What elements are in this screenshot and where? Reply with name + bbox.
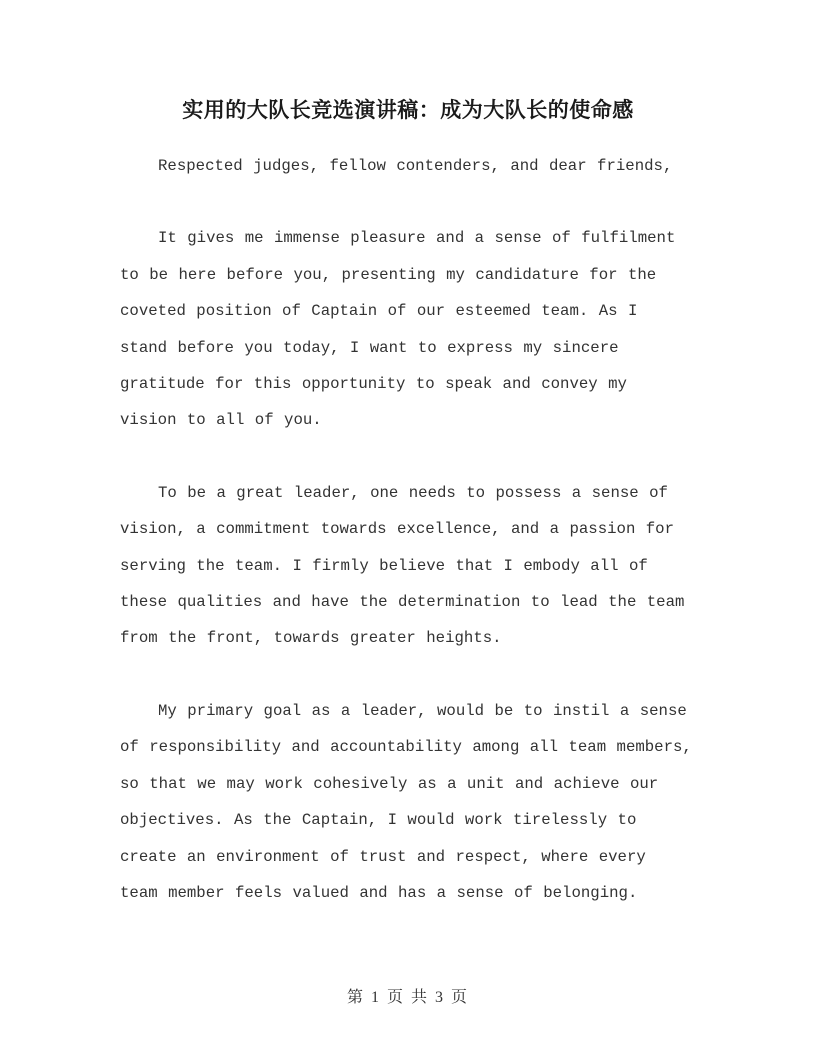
paragraph: To be a great leader, one needs to posse… [120, 475, 692, 657]
document-body: Respected judges, fellow contenders, and… [120, 148, 692, 947]
page-title: 实用的大队长竞选演讲稿：成为大队长的使命感 [0, 94, 816, 124]
page-number-footer: 第 1 页 共 3 页 [0, 984, 816, 1007]
paragraph: It gives me immense pleasure and a sense… [120, 220, 692, 438]
paragraph: My primary goal as a leader, would be to… [120, 693, 692, 911]
document-page: 实用的大队长竞选演讲稿：成为大队长的使命感 Respected judges, … [0, 0, 816, 1056]
paragraph: Respected judges, fellow contenders, and… [120, 148, 692, 184]
